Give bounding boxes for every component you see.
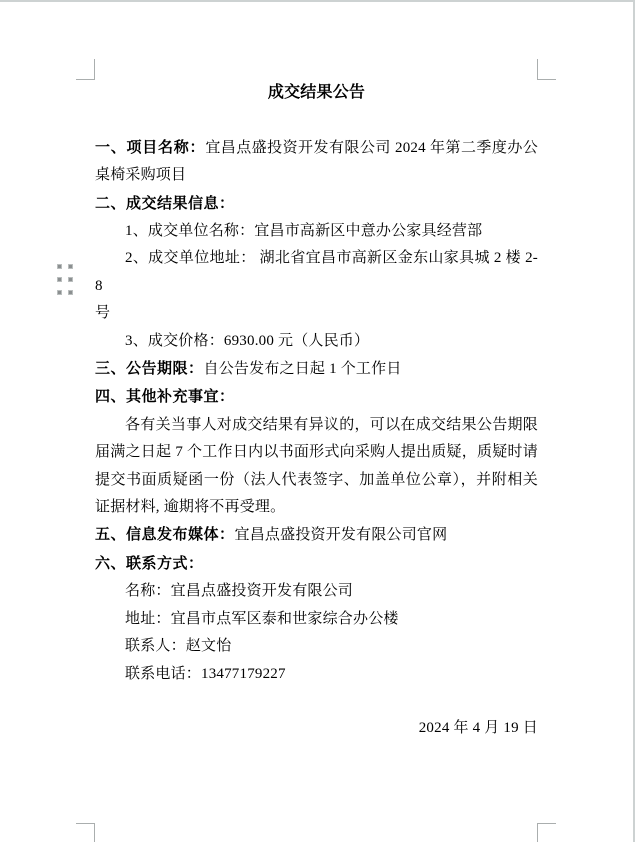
section-heading: 二、成交结果信息： bbox=[95, 195, 235, 212]
margin-crop-mark-bottom-right bbox=[537, 823, 556, 842]
section-publish-media: 五、信息发布媒体：宜昌点盛投资开发有限公司官网 bbox=[95, 521, 538, 549]
document-date: 2024 年 4 月 19 日 bbox=[95, 715, 538, 742]
section-announcement-period: 三、公告期限：自公告发布之日起 1 个工作日 bbox=[95, 355, 538, 383]
document-title: 成交结果公告 bbox=[95, 79, 538, 106]
contact-address: 地址：宜昌市点军区泰和世家综合办公楼 bbox=[95, 606, 538, 633]
section-heading: 六、联系方式： bbox=[95, 555, 204, 572]
address-line-1: 2、成交单位地址： 湖北省宜昌市高新区金东山家具城 2 楼 2-8 bbox=[95, 250, 538, 293]
section-text: 自公告发布之日起 1 个工作日 bbox=[204, 361, 402, 377]
section-supplementary: 四、其他补充事宜： bbox=[95, 383, 538, 411]
contact-phone: 联系电话：13477179227 bbox=[95, 661, 538, 688]
section-result-info: 二、成交结果信息： bbox=[95, 190, 538, 218]
section-heading: 一、项目名称： bbox=[95, 139, 205, 156]
result-item-supplier-address: 2、成交单位地址： 湖北省宜昌市高新区金东山家具城 2 楼 2-8号 bbox=[95, 245, 538, 327]
section-text: 宜昌点盛投资开发有限公司官网 bbox=[235, 527, 448, 543]
margin-crop-mark-top-right bbox=[537, 59, 556, 80]
section-project-name: 一、项目名称：宜昌点盛投资开发有限公司 2024 年第二季度办公桌椅采购项目 bbox=[95, 134, 538, 190]
section-heading: 三、公告期限： bbox=[95, 360, 204, 377]
section-heading: 五、信息发布媒体： bbox=[95, 526, 235, 543]
contact-person: 联系人：赵文怡 bbox=[95, 633, 538, 660]
result-item-supplier-name: 1、成交单位名称：宜昌市高新区中意办公家具经营部 bbox=[95, 218, 538, 245]
document-text-area[interactable]: 成交结果公告 一、项目名称：宜昌点盛投资开发有限公司 2024 年第二季度办公桌… bbox=[95, 79, 538, 743]
margin-crop-mark-bottom-left bbox=[76, 823, 95, 842]
address-line-2: 号 bbox=[95, 305, 110, 321]
section-heading: 四、其他补充事宜： bbox=[95, 388, 235, 405]
contact-name: 名称：宜昌点盛投资开发有限公司 bbox=[95, 578, 538, 605]
drag-handle-icon[interactable] bbox=[57, 264, 73, 295]
margin-crop-mark-top-left bbox=[76, 59, 95, 80]
section-contact: 六、联系方式： bbox=[95, 550, 538, 578]
supplementary-body: 各有关当事人对成交结果有异议的，可以在成交结果公告期限届满之日起 7 个工作日内… bbox=[95, 412, 538, 522]
document-page: 成交结果公告 一、项目名称：宜昌点盛投资开发有限公司 2024 年第二季度办公桌… bbox=[0, 0, 635, 842]
result-item-price: 3、成交价格：6930.00 元（人民币） bbox=[95, 328, 538, 355]
